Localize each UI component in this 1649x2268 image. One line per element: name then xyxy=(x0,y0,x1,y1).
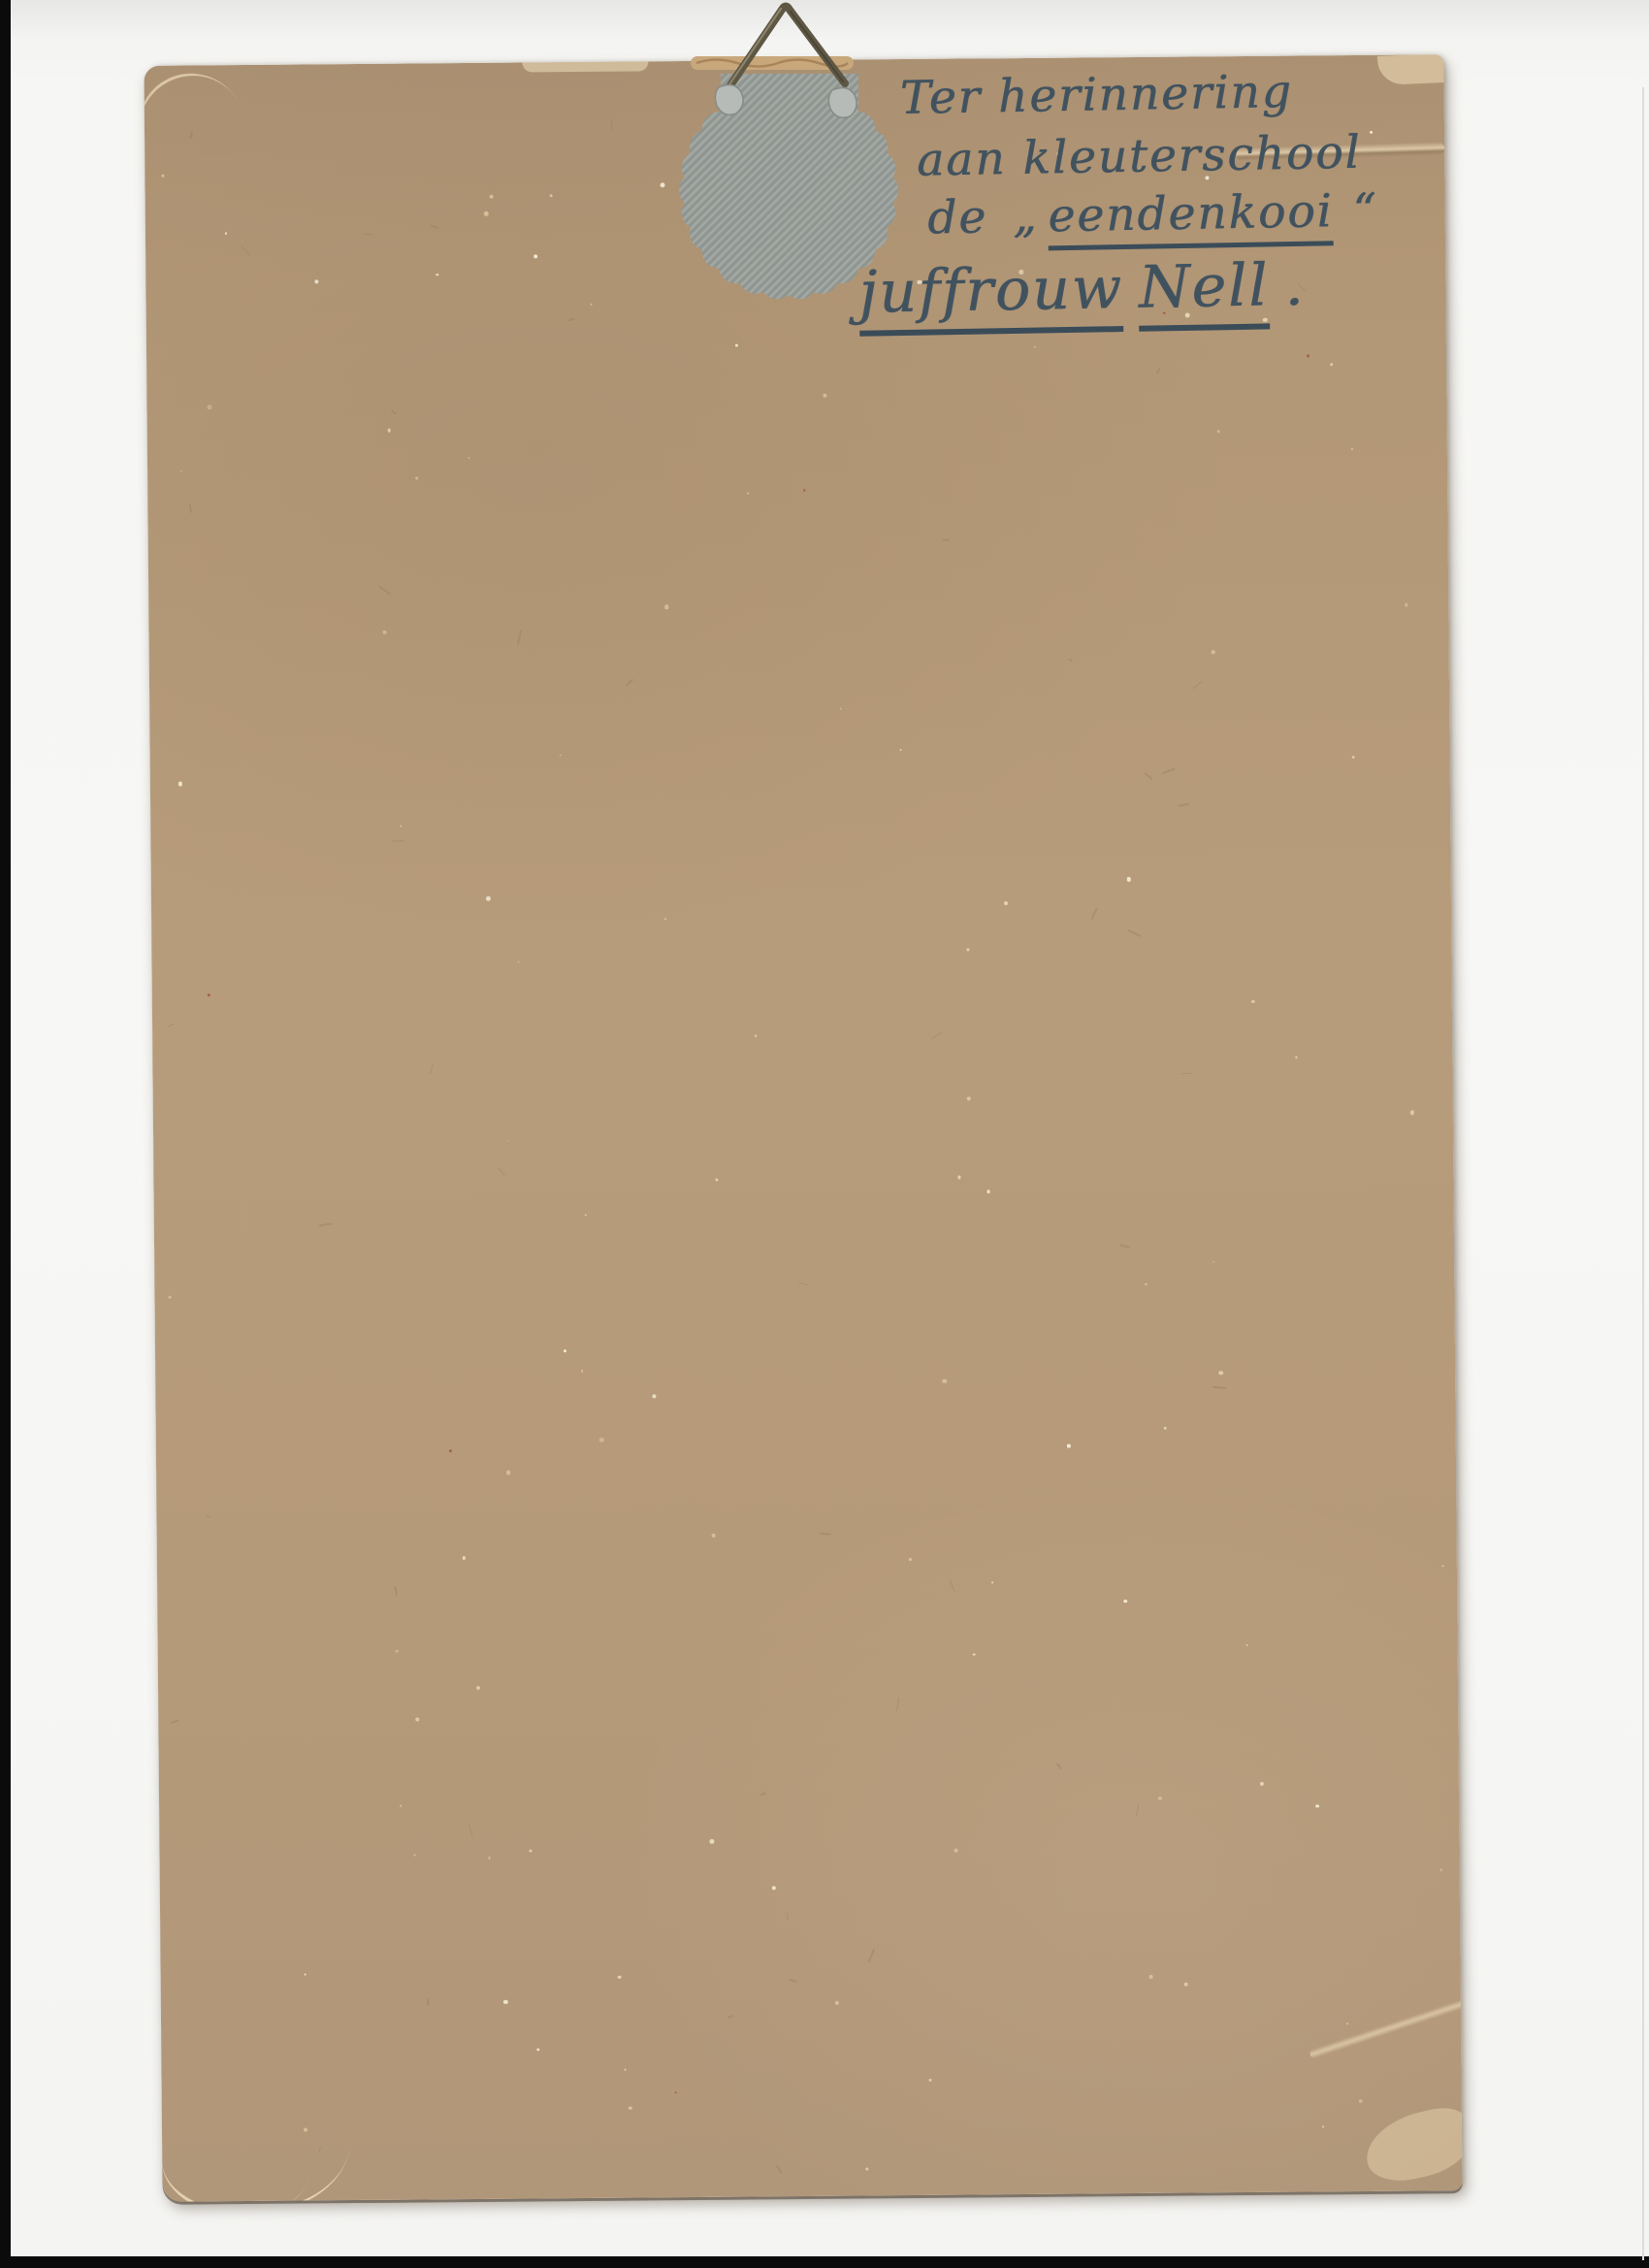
inscription-line-4: juffrouwNell. xyxy=(858,251,1306,327)
inscription-line-1: Ter herinnering xyxy=(900,65,1294,125)
inscription-line-3: de„eendenkooi“ xyxy=(927,183,1378,244)
close-quote: “ xyxy=(1352,183,1378,237)
inscription-underlined-word: eendenkooi xyxy=(1048,184,1334,250)
scan-edge-bottom xyxy=(0,2256,1649,2268)
inscription-signature-word-1: juffrouw xyxy=(858,254,1124,337)
inscription-period: . xyxy=(1284,251,1306,319)
inscription-signature-word-2: Nell xyxy=(1138,251,1270,331)
inscription: Ter herinnering aan kleuterschool de„een… xyxy=(0,0,1649,598)
open-quote: „ xyxy=(1013,190,1039,243)
inscription-line-3-prefix: de xyxy=(927,190,988,244)
inscription-line-2: aan kleuterschool xyxy=(917,126,1362,187)
